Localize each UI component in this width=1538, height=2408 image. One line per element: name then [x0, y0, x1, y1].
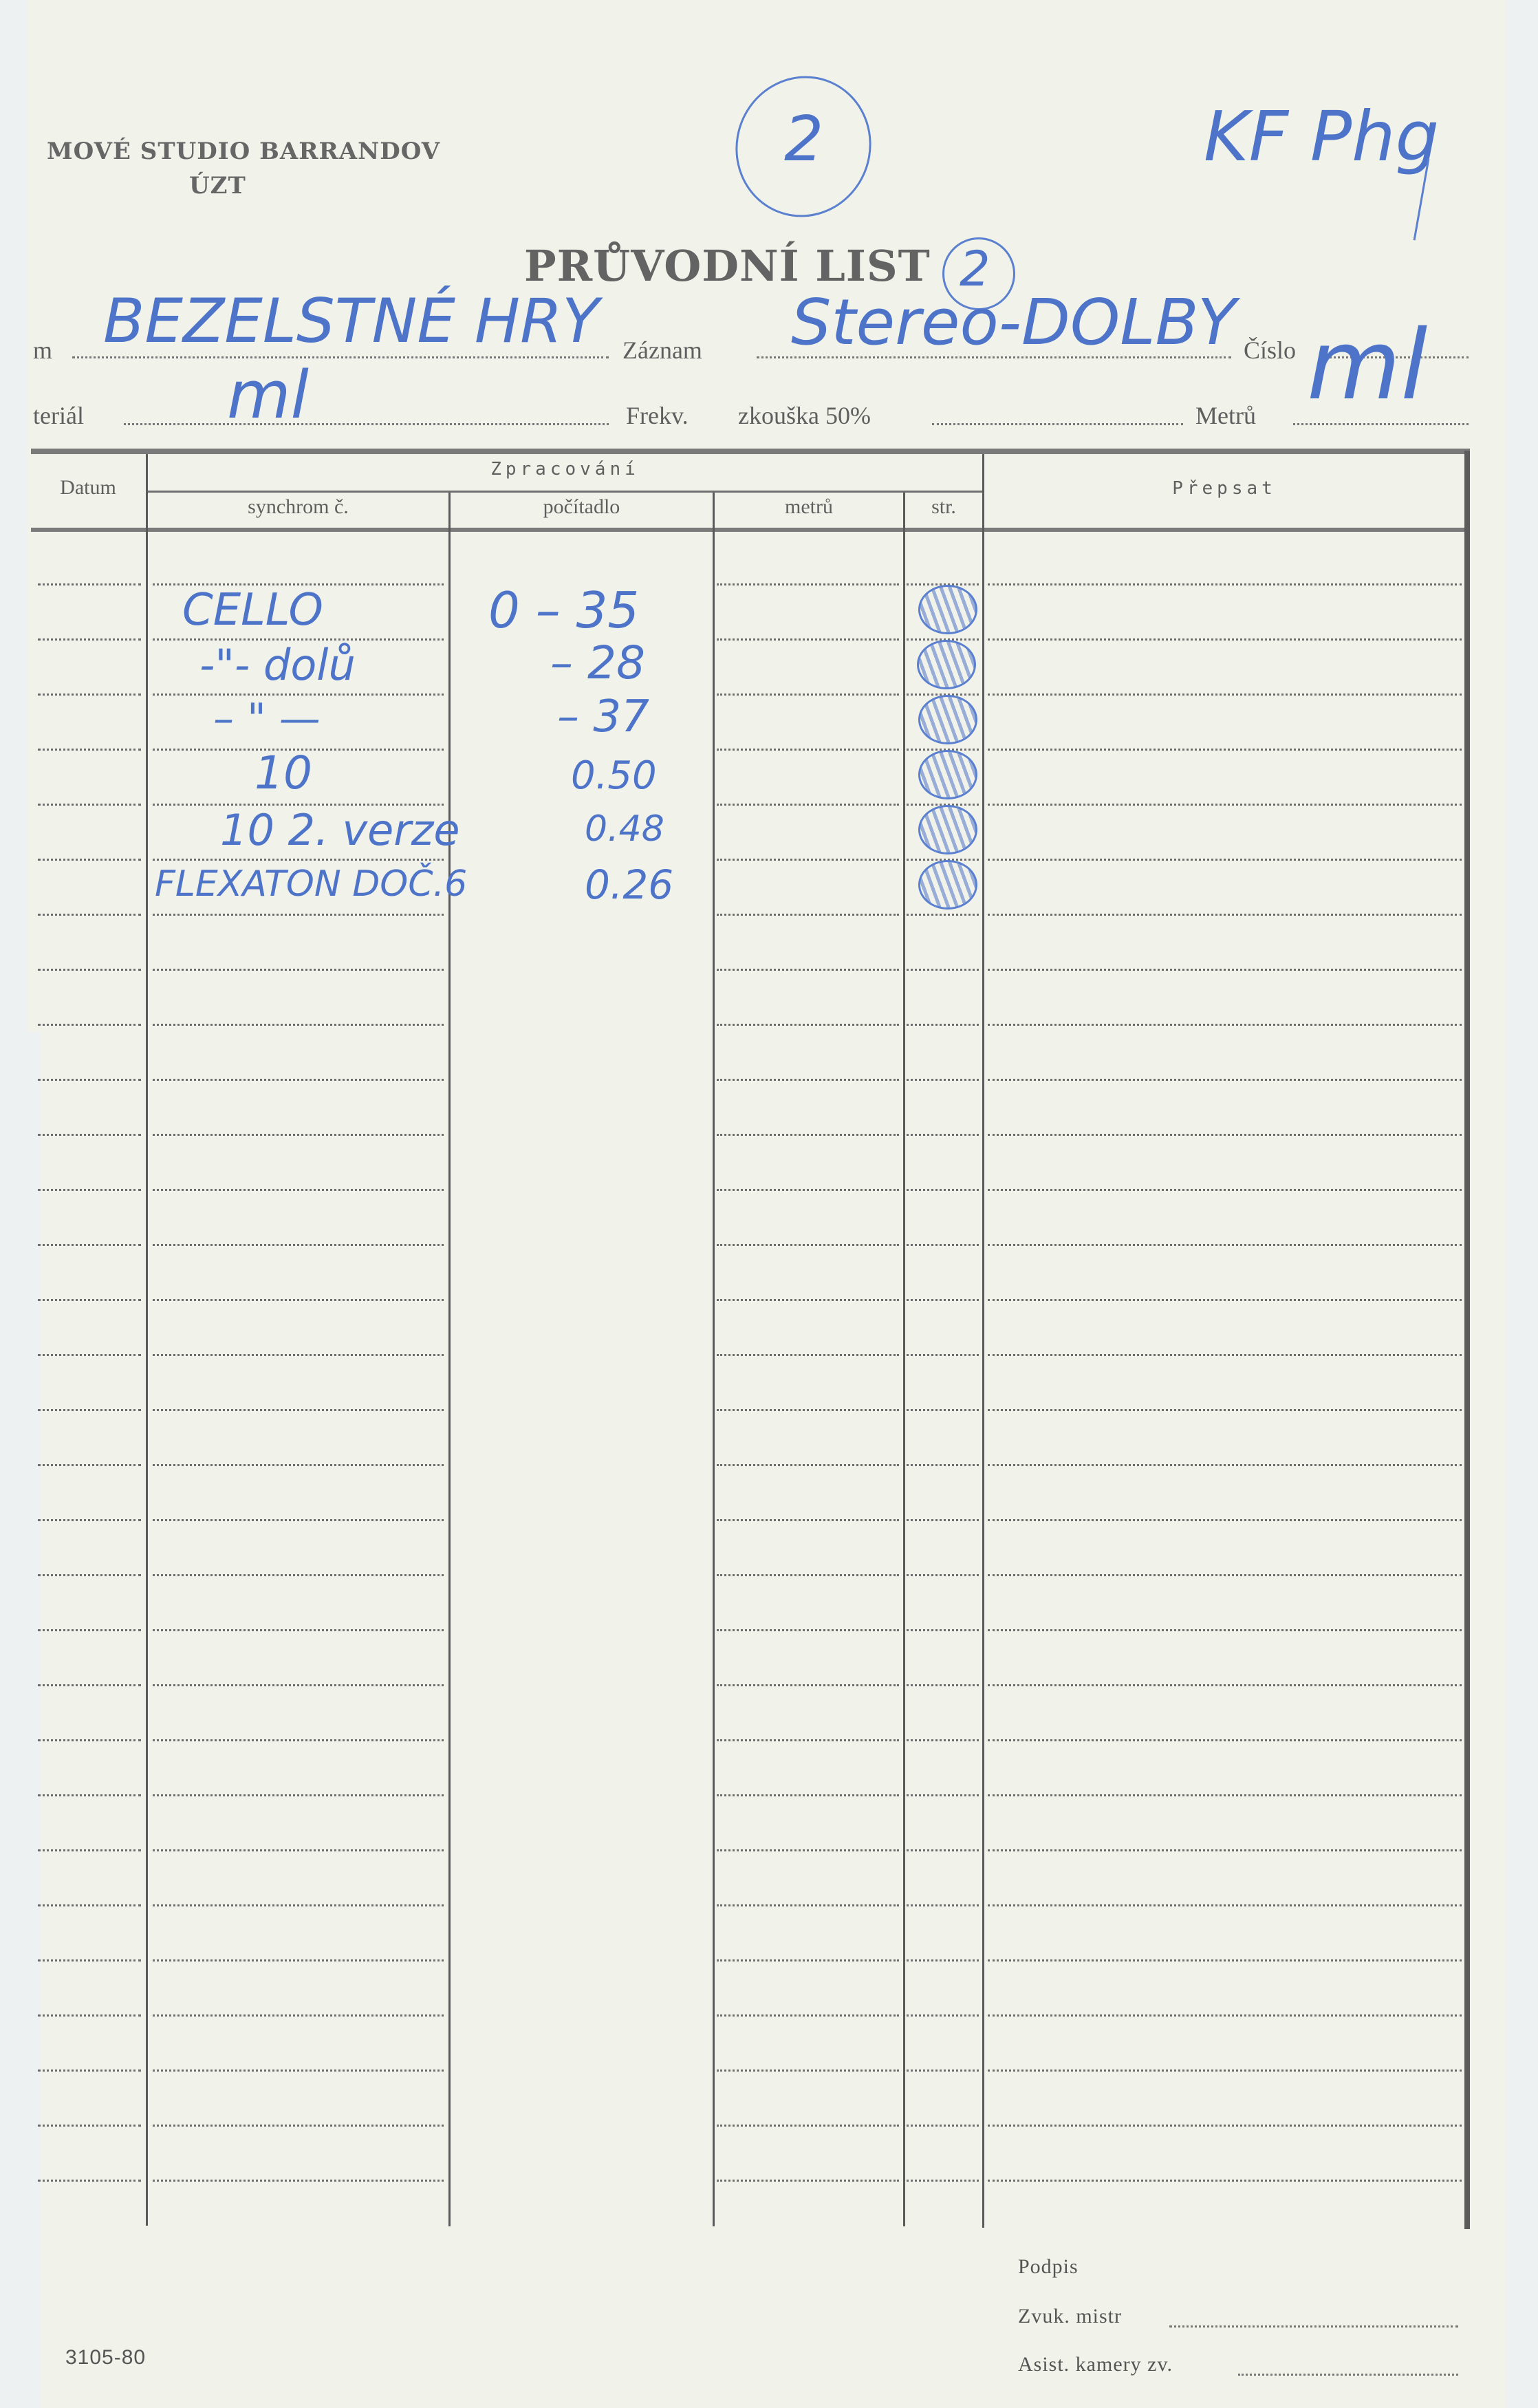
table-row-separator [717, 1244, 899, 1246]
row-2-synchrom[interactable]: -"- dolů [199, 640, 356, 690]
table-row-separator [988, 1079, 1462, 1081]
col-header-pocitadlo: počítadlo [451, 495, 713, 519]
table-row-separator [717, 1134, 899, 1136]
table-row-separator [988, 1794, 1462, 1796]
table-row-separator [153, 1299, 444, 1301]
table-row-separator [38, 749, 141, 751]
zaznam-label: Záznam [622, 336, 702, 365]
table-top-border [31, 449, 1470, 454]
table-row-separator [907, 1904, 979, 1906]
table-row-separator [38, 1519, 141, 1521]
table-row-separator [988, 749, 1462, 751]
table-row-separator [153, 969, 444, 971]
row-5-str-scribble-icon [918, 805, 977, 854]
table-row-separator [988, 2014, 1462, 2017]
table-row-separator [38, 1794, 141, 1796]
table-header-bottom-border [31, 528, 1470, 532]
table-row-separator [988, 1244, 1462, 1246]
table-row-separator [153, 1739, 444, 1741]
table-row-separator [38, 1464, 141, 1466]
table-row-separator [717, 583, 899, 585]
table-row-separator [38, 804, 141, 806]
table-row-separator [153, 1959, 444, 1961]
table-row-separator [38, 638, 141, 641]
table-row-separator [38, 1959, 141, 1961]
table-row-separator [153, 1354, 444, 1356]
table-row-separator [717, 2070, 899, 2072]
table-row-separator [38, 1739, 141, 1741]
table-row-separator [988, 1574, 1462, 1576]
table-row-separator [717, 1574, 899, 1576]
table-row-separator [717, 969, 899, 971]
table-row-separator [907, 914, 979, 916]
table-row-separator [907, 1244, 979, 1246]
row-4-synchrom[interactable]: 10 [254, 746, 312, 799]
table-row-separator [153, 1794, 444, 1796]
row-1-str-scribble-icon [918, 585, 977, 634]
table-row-separator [988, 859, 1462, 861]
table-row-separator [988, 1629, 1462, 1631]
table-row-separator [717, 2014, 899, 2017]
asist-kamery-line[interactable] [1238, 2374, 1458, 2376]
table-row-separator [717, 1794, 899, 1796]
table-row-separator [153, 2180, 444, 2182]
row-5-synchrom[interactable]: 10 2. verze [220, 805, 459, 855]
table-row-separator [38, 1354, 141, 1356]
row-4-str-scribble-icon [918, 750, 977, 799]
table-row-separator [907, 2070, 979, 2072]
table-row-separator [907, 1079, 979, 1081]
table-row-separator [153, 1519, 444, 1521]
table-row-separator [907, 1189, 979, 1191]
frekv-label: Frekv. [626, 401, 689, 430]
table-row-separator [907, 1849, 979, 1851]
col-header-prepsat: Přepsat [984, 478, 1464, 499]
table-row-separator [717, 1684, 899, 1686]
row-2-pocitadlo[interactable]: – 28 [550, 636, 645, 689]
table-row-separator [153, 2125, 444, 2127]
table-row-separator [907, 1464, 979, 1466]
col-header-datum: Datum [33, 476, 143, 499]
table-row-separator [907, 969, 979, 971]
table-row-separator [988, 804, 1462, 806]
table-row-separator [988, 1904, 1462, 1906]
table-row-separator [38, 694, 141, 696]
col-divider-synchrom [448, 493, 451, 2226]
table-row-separator [988, 1024, 1462, 1026]
form-number: 3105-80 [65, 2346, 146, 2369]
table-row-separator [717, 1024, 899, 1026]
table-row-separator [717, 1849, 899, 1851]
table-row-separator [988, 1739, 1462, 1741]
table-row-separator [907, 1739, 979, 1741]
table-row-separator [717, 1629, 899, 1631]
row-3-synchrom[interactable]: – " — [213, 695, 321, 743]
table-row-separator [717, 1959, 899, 1961]
table-row-separator [153, 1464, 444, 1466]
studio-name: MOVÉ STUDIO BARRANDOV [47, 138, 440, 165]
table-row-separator [38, 2125, 141, 2127]
table-row-separator [717, 1904, 899, 1906]
table-row-separator [907, 1519, 979, 1521]
table-row-separator [907, 1684, 979, 1686]
table-row-separator [38, 2180, 141, 2182]
zpracovani-subline [148, 491, 982, 493]
table-row-separator [988, 638, 1462, 641]
col-divider-str [982, 454, 984, 2228]
torn-edge [0, 1032, 41, 2408]
table-row-separator [38, 1849, 141, 1851]
col-divider-datum [146, 454, 148, 2226]
table-row-separator [988, 1134, 1462, 1136]
table-row-separator [907, 1024, 979, 1026]
zaznam-value[interactable]: Stereo-DOLBY [791, 286, 1236, 359]
table-row-separator [988, 1299, 1462, 1301]
table-row-separator [988, 2070, 1462, 2072]
table-row-separator [153, 2070, 444, 2072]
table-row-separator [717, 914, 899, 916]
table-row-separator [907, 1299, 979, 1301]
circled-number-top-text: 2 [784, 103, 823, 175]
metru-label: Metrů [1195, 401, 1256, 430]
table-row-separator [38, 583, 141, 585]
table-row-separator [153, 2014, 444, 2017]
row-6-str-scribble-icon [918, 860, 977, 910]
table-row-separator [38, 1574, 141, 1576]
col-header-zpracovani: Zpracování [148, 459, 982, 480]
row-3-str-scribble-icon [918, 695, 977, 744]
table-row-separator [717, 1079, 899, 1081]
table-row-separator [153, 859, 444, 861]
table-row-separator [907, 2125, 979, 2127]
cislo-label: Číslo [1244, 336, 1296, 365]
table-row-separator [988, 914, 1462, 916]
table-row-separator [717, 2125, 899, 2127]
table-row-separator [907, 2014, 979, 2017]
table-row-separator [907, 1959, 979, 1961]
table-row-separator [38, 2014, 141, 2017]
table-row-separator [717, 694, 899, 696]
table-row-separator [38, 1079, 141, 1081]
table-row-separator [38, 2070, 141, 2072]
table-row-separator [38, 914, 141, 916]
frekv-value: zkouška 50% [738, 401, 871, 430]
table-row-separator [717, 1299, 899, 1301]
table-row-separator [988, 1519, 1462, 1521]
page-title: PRŮVODNÍ LIST [524, 241, 931, 291]
table-row-separator [907, 1134, 979, 1136]
table-row-separator [717, 1519, 899, 1521]
table-row-separator [153, 1574, 444, 1576]
row-6-pocitadlo[interactable]: 0.26 [585, 861, 673, 908]
material-label: teriál [33, 401, 84, 430]
table-row-separator [907, 1794, 979, 1796]
table-row-separator [988, 1849, 1462, 1851]
film-label: m [33, 336, 52, 365]
table-row-separator [38, 1024, 141, 1026]
table-row-separator [717, 804, 899, 806]
table-row-separator [38, 969, 141, 971]
table-row-separator [988, 1959, 1462, 1961]
table-row-separator [38, 1629, 141, 1631]
asist-kamery-label: Asist. kamery zv. [1018, 2353, 1173, 2376]
table-row-separator [38, 1189, 141, 1191]
table-row-separator [907, 1409, 979, 1411]
row-1-synchrom[interactable]: CELLO [182, 585, 323, 636]
col-header-str: str. [905, 495, 982, 519]
table-row-separator [153, 1189, 444, 1191]
table-row-separator [38, 1409, 141, 1411]
table-row-separator [153, 1849, 444, 1851]
table-row-separator [153, 1024, 444, 1026]
row-6-synchrom[interactable]: FLEXATON DOČ.6 [155, 863, 467, 905]
col-header-synchrom: synchrom č. [148, 495, 448, 519]
table-row-separator [717, 2180, 899, 2182]
table-row-separator [38, 1684, 141, 1686]
table-row-separator [988, 1189, 1462, 1191]
table-row-separator [717, 1354, 899, 1356]
film-line [72, 356, 609, 358]
table-row-separator [153, 1134, 444, 1136]
table-row-separator [988, 969, 1462, 971]
table-row-separator [38, 1904, 141, 1906]
col-divider-pocitadlo [713, 493, 715, 2226]
col-divider-metru [903, 493, 905, 2226]
table-row-separator [38, 1299, 141, 1301]
zvuk-mistr-line[interactable] [1169, 2325, 1458, 2328]
table-row-separator [38, 1244, 141, 1246]
table-row-separator [717, 1464, 899, 1466]
table-row-separator [717, 1189, 899, 1191]
table-row-separator [988, 2125, 1462, 2127]
table-row-separator [38, 859, 141, 861]
frekv-line [932, 423, 1183, 425]
table-row-separator [717, 1409, 899, 1411]
table-row-separator [717, 1739, 899, 1741]
table-row-separator [717, 859, 899, 861]
table-row-separator [153, 1629, 444, 1631]
table-row-separator [988, 1464, 1462, 1466]
col-header-metru: metrů [715, 495, 903, 519]
table-row-separator [988, 1409, 1462, 1411]
material-line [124, 423, 609, 425]
table-row-separator [988, 694, 1462, 696]
zvuk-mistr-label: Zvuk. mistr [1018, 2305, 1122, 2328]
table-row-separator [988, 583, 1462, 585]
annotation-top-right: KF Phg [1204, 96, 1439, 177]
table-row-separator [153, 914, 444, 916]
table-row-separator [988, 2180, 1462, 2182]
table-row-separator [153, 1244, 444, 1246]
table-row-separator [988, 1354, 1462, 1356]
metru-line [1293, 423, 1469, 425]
table-row-separator [38, 1134, 141, 1136]
table-right-border [1464, 451, 1470, 2229]
table-row-separator [717, 638, 899, 641]
row-3-pocitadlo[interactable]: – 37 [557, 691, 649, 742]
table-row-separator [153, 1079, 444, 1081]
row-2-str-scribble-icon [917, 640, 976, 689]
row-4-pocitadlo[interactable]: 0.50 [571, 753, 657, 798]
table-row-separator [907, 1629, 979, 1631]
table-row-separator [907, 2180, 979, 2182]
podpis-label: Podpis [1018, 2255, 1079, 2279]
table-row-separator [717, 749, 899, 751]
table-row-separator [988, 1684, 1462, 1686]
table-row-separator [907, 1574, 979, 1576]
film-value[interactable]: BEZELSTNÉ HRY [103, 286, 599, 356]
table-row-separator [153, 1409, 444, 1411]
row-1-pocitadlo[interactable]: 0 – 35 [488, 581, 639, 639]
table-row-separator [153, 1904, 444, 1906]
row-5-pocitadlo[interactable]: 0.48 [585, 808, 664, 850]
table-row-separator [153, 1684, 444, 1686]
table-row-separator [907, 1354, 979, 1356]
material-value[interactable]: ml [227, 358, 309, 433]
department: ÚZT [189, 172, 246, 200]
metru-value[interactable]: ml [1307, 310, 1427, 422]
